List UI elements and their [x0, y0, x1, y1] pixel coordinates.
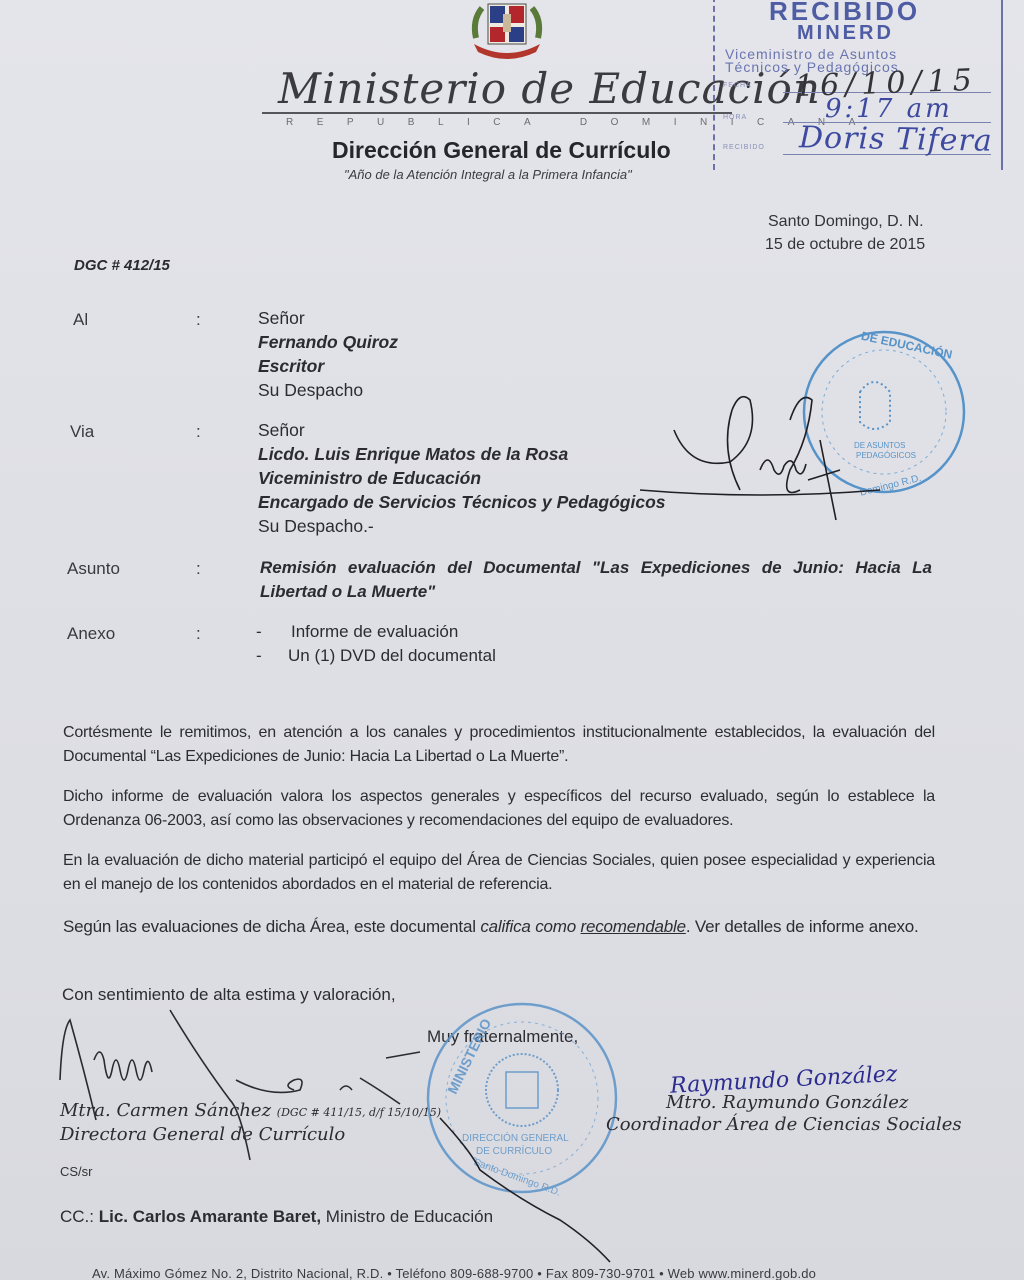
annex-item: Un (1) DVD del documental	[288, 646, 496, 666]
via-label: Via	[70, 422, 94, 442]
to-name: Fernando Quiroz	[258, 330, 398, 354]
handwritten-receiver: Doris Tifera	[799, 120, 993, 158]
to-colon: :	[196, 310, 201, 330]
header-rule	[262, 112, 732, 114]
stamp-date-label: FECHA	[723, 82, 752, 89]
annex-label: Anexo	[67, 624, 115, 644]
p4-text: Según las evaluaciones de dicha Área, es…	[63, 917, 480, 936]
annex-bullet: -	[256, 646, 262, 666]
via-colon: :	[196, 422, 201, 442]
letter-page: Ministerio de Educación REPUBLICA DOMINI…	[0, 0, 1024, 1280]
salutation: Muy fraternalmente,	[427, 1027, 578, 1047]
via-role: Viceministro de Educación	[258, 466, 666, 490]
svg-text:Santo Domingo R.D.: Santo Domingo R.D.	[472, 1157, 562, 1199]
ministry-name: Ministerio de Educación	[278, 64, 758, 113]
signatory-1-line: Mtra. Carmen Sánchez (DGC # 411/15, d/f …	[60, 1100, 441, 1121]
signatory-2-name: Mtro. Raymundo González	[666, 1092, 908, 1113]
to-label: Al	[73, 310, 88, 330]
cc-label: CC.:	[60, 1207, 94, 1226]
stamp-time-label: HORA	[723, 114, 747, 121]
department-name: Dirección General de Currículo	[332, 137, 671, 164]
via-name: Licdo. Luis Enrique Matos de la Rosa	[258, 442, 666, 466]
seals-and-signatures: DE EDUCACIÓN DE ASUNTOS PEDAGÓGICOS Domi…	[0, 0, 1024, 1280]
signatory-2-title: Coordinador Área de Ciencias Sociales	[606, 1114, 962, 1135]
pen-stroke	[440, 1118, 610, 1262]
p4-tail: . Ver detalles de informe anexo.	[686, 917, 919, 936]
body-paragraph-3: En la evaluación de dicho material parti…	[63, 849, 935, 897]
cc-role: Ministro de Educación	[321, 1207, 493, 1226]
annex-bullet: -	[256, 622, 262, 642]
carbon-copy: CC.: Lic. Carlos Amarante Baret, Ministr…	[60, 1207, 493, 1227]
subject-colon: :	[196, 559, 201, 579]
p4-recommendable: recomendable	[581, 917, 686, 936]
via-signature	[640, 397, 880, 520]
signatory-1-note: (DGC # 411/15, d/f 15/10/15)	[277, 1106, 441, 1119]
body-paragraph-4: Según las evaluaciones de dicha Área, es…	[63, 913, 935, 941]
signatory-1-title: Directora General de Currículo	[60, 1124, 345, 1145]
svg-text:DE ASUNTOS: DE ASUNTOS	[854, 441, 905, 450]
via-role-2: Encargado de Servicios Técnicos y Pedagó…	[258, 490, 666, 514]
via-office: Su Despacho.-	[258, 514, 666, 538]
signatory-1-name: Mtra. Carmen Sánchez	[60, 1100, 271, 1121]
to-office: Su Despacho	[258, 378, 398, 402]
footer-contact: Av. Máximo Gómez No. 2, Distrito Naciona…	[92, 1266, 816, 1280]
via-salutation: Señor	[258, 418, 666, 442]
closing-line: Con sentimiento de alta estima y valorac…	[62, 985, 396, 1005]
to-address: Señor Fernando Quiroz Escritor Su Despac…	[258, 306, 398, 402]
p4-italic: califica como	[480, 917, 580, 936]
cc-name: Lic. Carlos Amarante Baret,	[99, 1207, 321, 1226]
received-stamp: RECIBIDO MINERD Viceministro de Asuntos …	[713, 0, 1003, 170]
stamp-receivedby-label: RECIBIDO	[723, 144, 765, 151]
svg-text:DE CURRÍCULO: DE CURRÍCULO	[476, 1144, 552, 1157]
annex-item: Informe de evaluación	[291, 622, 458, 642]
to-salutation: Señor	[258, 306, 398, 330]
body-paragraph-1: Cortésmente le remitimos, en atención a …	[63, 721, 935, 769]
svg-text:DE EDUCACIÓN: DE EDUCACIÓN	[860, 328, 954, 362]
subject-text: Remisión evaluación del Documental "Las …	[260, 556, 932, 604]
place: Santo Domingo, D. N.	[768, 213, 924, 231]
svg-text:DIRECCIÓN GENERAL: DIRECCIÓN GENERAL	[462, 1131, 569, 1144]
letter-date: 15 de octubre de 2015	[765, 236, 925, 254]
coat-of-arms-icon	[466, 0, 548, 60]
svg-text:PEDAGÓGICOS: PEDAGÓGICOS	[856, 451, 916, 460]
annex-colon: :	[196, 624, 201, 644]
country-name: REPUBLICA DOMINICANA	[286, 117, 726, 128]
handwritten-time: 9:17 am	[825, 94, 953, 124]
svg-text:Domingo R.D.: Domingo R.D.	[859, 473, 923, 499]
education-seal-top-icon: DE EDUCACIÓN DE ASUNTOS PEDAGÓGICOS Domi…	[804, 328, 964, 499]
reference-number: DGC # 412/15	[74, 257, 170, 274]
subject-label: Asunto	[67, 559, 120, 579]
body-paragraph-2: Dicho informe de evaluación valora los a…	[63, 785, 935, 833]
to-role: Escritor	[258, 354, 398, 378]
stamp-org: MINERD	[797, 22, 894, 45]
typist-initials: CS/sr	[60, 1164, 93, 1179]
year-motto: "Año de la Atención Integral a la Primer…	[344, 167, 632, 182]
via-address: Señor Licdo. Luis Enrique Matos de la Ro…	[258, 418, 666, 538]
